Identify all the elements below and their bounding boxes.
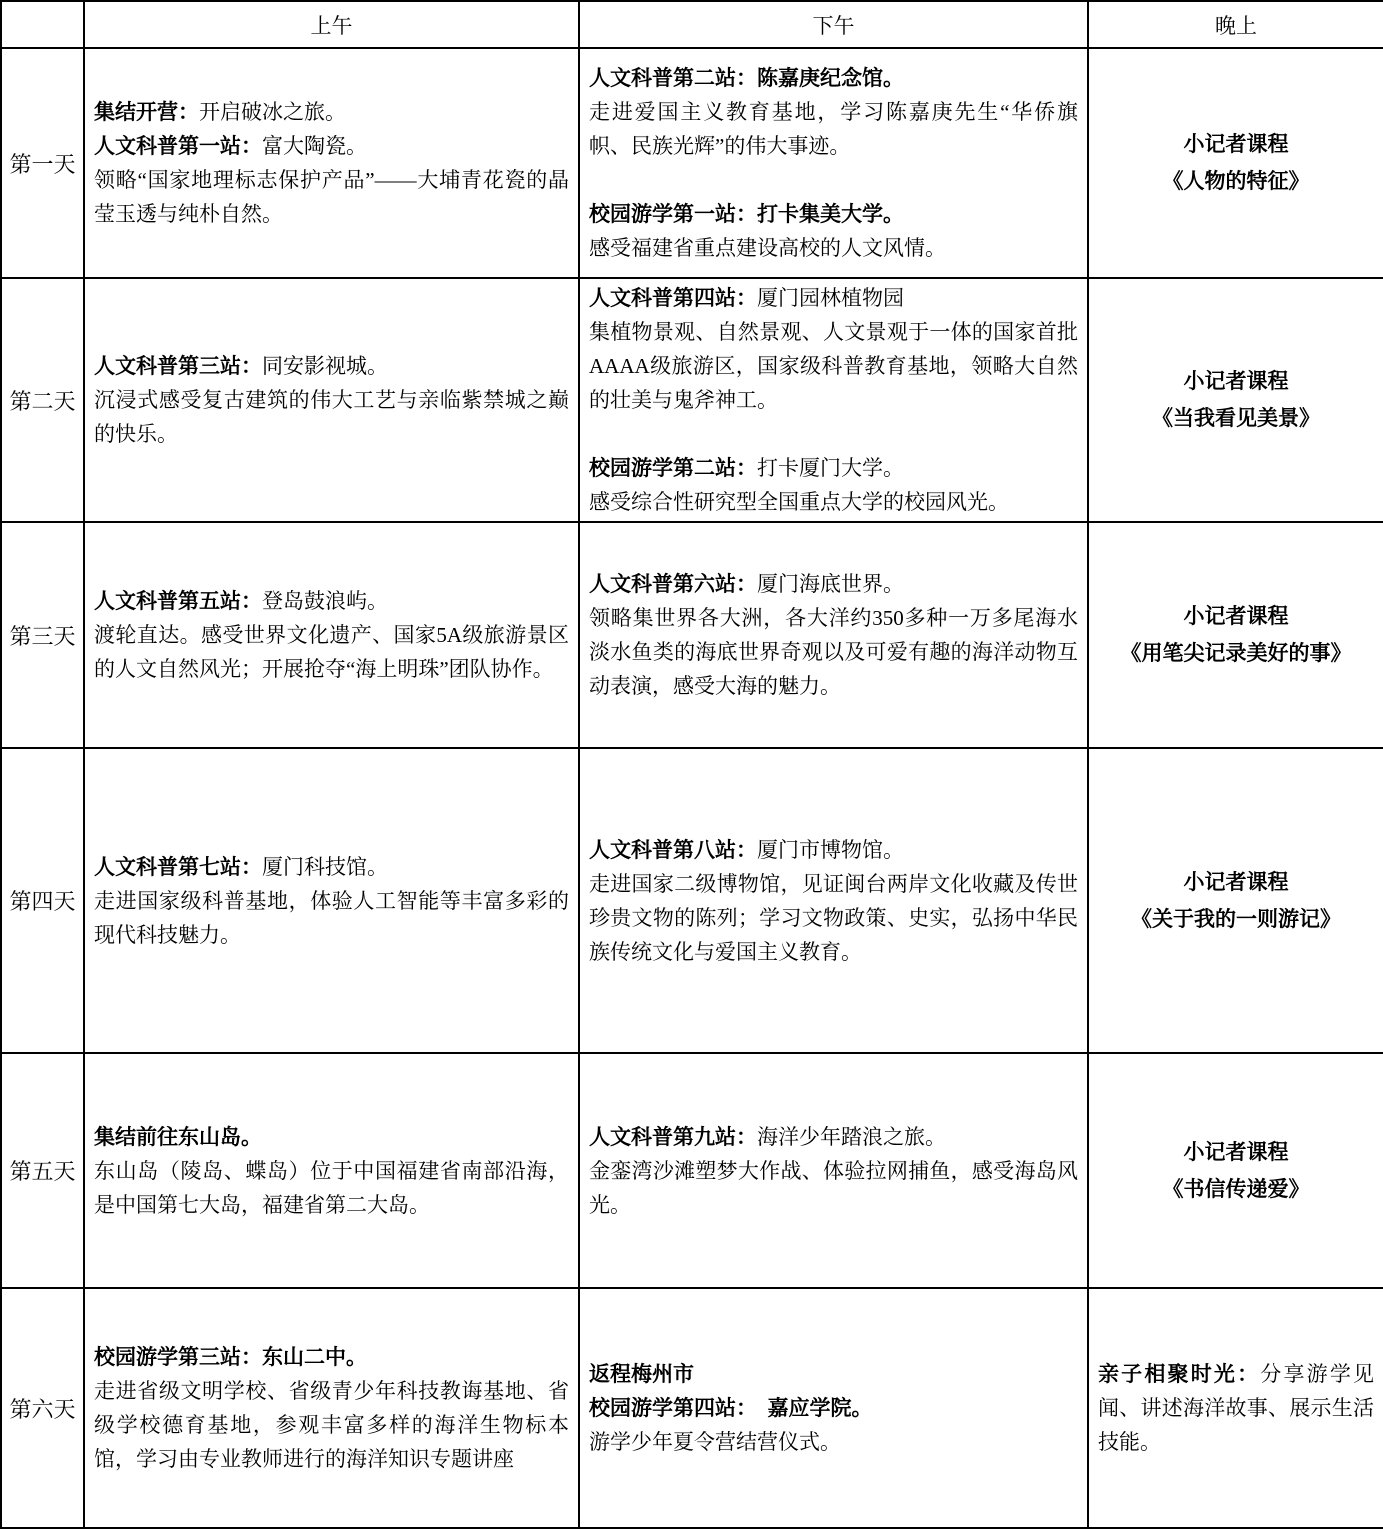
afternoon-cell: 返程梅州市校园游学第四站： 嘉应学院。游学少年夏令营结营仪式。 [579,1288,1088,1528]
evening-cell: 小记者课程《当我看见美景》 [1088,278,1383,522]
paragraph: 走进省级文明学校、省级青少年科技教诲基地、省级学校德育基地，参观丰富多样的海洋生… [94,1374,569,1476]
day-cell: 第五天 [1,1053,84,1288]
afternoon-cell: 人文科普第八站：厦门市博物馆。走进国家二级博物馆，见证闽台两岸文化收藏及传世珍贵… [579,748,1088,1053]
morning-cell: 人文科普第五站：登岛鼓浪屿。渡轮直达。感受世界文化遗产、国家5A级旅游景区的人文… [84,522,579,748]
paragraph: 人文科普第五站：登岛鼓浪屿。 [94,584,569,618]
paragraph: 走进爱国主义教育基地，学习陈嘉庚先生“华侨旗帜、民族光辉”的伟大事迹。 [589,95,1078,163]
paragraph: 集结开营：开启破冰之旅。 [94,95,569,129]
paragraph: 集结前往东山岛。 [94,1120,569,1154]
table-row: 第六天 校园游学第三站：东山二中。走进省级文明学校、省级青少年科技教诲基地、省级… [1,1288,1383,1528]
paragraph: 校园游学第四站： 嘉应学院。 [589,1391,1078,1425]
paragraph: 亲子相聚时光：分享游学见闻、讲述海洋故事、展示生活技能。 [1098,1357,1374,1459]
paragraph: 《用笔尖记录美好的事》 [1098,635,1374,672]
evening-cell: 小记者课程《关于我的一则游记》 [1088,748,1383,1053]
afternoon-cell: 人文科普第九站：海洋少年踏浪之旅。金銮湾沙滩塑梦大作战、体验拉网捕鱼，感受海岛风… [579,1053,1088,1288]
paragraph [589,163,1078,197]
paragraph [589,417,1078,451]
afternoon-cell: 人文科普第二站：陈嘉庚纪念馆。走进爱国主义教育基地，学习陈嘉庚先生“华侨旗帜、民… [579,48,1088,278]
afternoon-cell: 人文科普第六站：厦门海底世界。领略集世界各大洲，各大洋约350多种一万多尾海水淡… [579,522,1088,748]
paragraph: 领略集世界各大洲，各大洋约350多种一万多尾海水淡水鱼类的海底世界奇观以及可爱有… [589,601,1078,703]
paragraph: 走进国家级科普基地，体验人工智能等丰富多彩的现代科技魅力。 [94,884,569,952]
paragraph: 游学少年夏令营结营仪式。 [589,1425,1078,1459]
paragraph: 感受综合性研究型全国重点大学的校园风光。 [589,485,1078,519]
paragraph: 小记者课程 [1098,363,1374,400]
day-cell: 第一天 [1,48,84,278]
paragraph: 小记者课程 [1098,1134,1374,1171]
table-body: 第一天 集结开营：开启破冰之旅。人文科普第一站：富大陶瓷。领略“国家地理标志保护… [1,48,1383,1528]
day-cell: 第六天 [1,1288,84,1528]
header-corner-cell [1,1,84,48]
morning-cell: 集结开营：开启破冰之旅。人文科普第一站：富大陶瓷。领略“国家地理标志保护产品”—… [84,48,579,278]
evening-cell: 小记者课程《用笔尖记录美好的事》 [1088,522,1383,748]
paragraph: 沉浸式感受复古建筑的伟大工艺与亲临紫禁城之巅的快乐。 [94,383,569,451]
paragraph: 人文科普第四站：厦门园林植物园 [589,281,1078,315]
header-afternoon: 下午 [579,1,1088,48]
paragraph: 走进国家二级博物馆，见证闽台两岸文化收藏及传世珍贵文物的陈列；学习文物政策、史实… [589,867,1078,969]
morning-cell: 人文科普第七站：厦门科技馆。走进国家级科普基地，体验人工智能等丰富多彩的现代科技… [84,748,579,1053]
morning-cell: 集结前往东山岛。东山岛（陵岛、蝶岛）位于中国福建省南部沿海，是中国第七大岛，福建… [84,1053,579,1288]
evening-cell: 亲子相聚时光：分享游学见闻、讲述海洋故事、展示生活技能。 [1088,1288,1383,1528]
evening-cell: 小记者课程《书信传递爱》 [1088,1053,1383,1288]
table-row: 第五天 集结前往东山岛。东山岛（陵岛、蝶岛）位于中国福建省南部沿海，是中国第七大… [1,1053,1383,1288]
paragraph: 返程梅州市 [589,1357,1078,1391]
paragraph: 小记者课程 [1098,864,1374,901]
paragraph: 金銮湾沙滩塑梦大作战、体验拉网捕鱼，感受海岛风光。 [589,1154,1078,1222]
paragraph: 感受福建省重点建设高校的人文风情。 [589,231,1078,265]
paragraph: 《当我看见美景》 [1098,400,1374,437]
day-cell: 第二天 [1,278,84,522]
paragraph: 小记者课程 [1098,126,1374,163]
paragraph: 小记者课程 [1098,598,1374,635]
table-row: 第一天 集结开营：开启破冰之旅。人文科普第一站：富大陶瓷。领略“国家地理标志保护… [1,48,1383,278]
paragraph: 人文科普第一站：富大陶瓷。 [94,129,569,163]
header-row: 上午 下午 晚上 [1,1,1383,48]
paragraph: 校园游学第一站：打卡集美大学。 [589,197,1078,231]
header-evening: 晚上 [1088,1,1383,48]
paragraph: 人文科普第二站：陈嘉庚纪念馆。 [589,61,1078,95]
paragraph: 渡轮直达。感受世界文化遗产、国家5A级旅游景区的人文自然风光；开展抢夺“海上明珠… [94,618,569,686]
paragraph: 校园游学第二站：打卡厦门大学。 [589,451,1078,485]
paragraph: 人文科普第七站：厦门科技馆。 [94,850,569,884]
table-row: 第三天 人文科普第五站：登岛鼓浪屿。渡轮直达。感受世界文化遗产、国家5A级旅游景… [1,522,1383,748]
itinerary-table: 上午 下午 晚上 第一天 集结开营：开启破冰之旅。人文科普第一站：富大陶瓷。领略… [0,0,1383,1529]
paragraph: 《书信传递爱》 [1098,1171,1374,1208]
paragraph: 人文科普第九站：海洋少年踏浪之旅。 [589,1120,1078,1154]
evening-cell: 小记者课程《人物的特征》 [1088,48,1383,278]
paragraph: 领略“国家地理标志保护产品”——大埔青花瓷的晶莹玉透与纯朴自然。 [94,163,569,231]
day-cell: 第三天 [1,522,84,748]
paragraph: 集植物景观、自然景观、人文景观于一体的国家首批AAAA级旅游区，国家级科普教育基… [589,315,1078,417]
morning-cell: 人文科普第三站：同安影视城。沉浸式感受复古建筑的伟大工艺与亲临紫禁城之巅的快乐。 [84,278,579,522]
table-row: 第二天 人文科普第三站：同安影视城。沉浸式感受复古建筑的伟大工艺与亲临紫禁城之巅… [1,278,1383,522]
paragraph: 人文科普第六站：厦门海底世界。 [589,567,1078,601]
paragraph: 人文科普第八站：厦门市博物馆。 [589,833,1078,867]
afternoon-cell: 人文科普第四站：厦门园林植物园集植物景观、自然景观、人文景观于一体的国家首批AA… [579,278,1088,522]
header-morning: 上午 [84,1,579,48]
paragraph: 东山岛（陵岛、蝶岛）位于中国福建省南部沿海，是中国第七大岛，福建省第二大岛。 [94,1154,569,1222]
paragraph: 校园游学第三站：东山二中。 [94,1340,569,1374]
paragraph: 《关于我的一则游记》 [1098,901,1374,938]
paragraph: 《人物的特征》 [1098,163,1374,200]
morning-cell: 校园游学第三站：东山二中。走进省级文明学校、省级青少年科技教诲基地、省级学校德育… [84,1288,579,1528]
table-row: 第四天 人文科普第七站：厦门科技馆。走进国家级科普基地，体验人工智能等丰富多彩的… [1,748,1383,1053]
day-cell: 第四天 [1,748,84,1053]
paragraph: 人文科普第三站：同安影视城。 [94,349,569,383]
